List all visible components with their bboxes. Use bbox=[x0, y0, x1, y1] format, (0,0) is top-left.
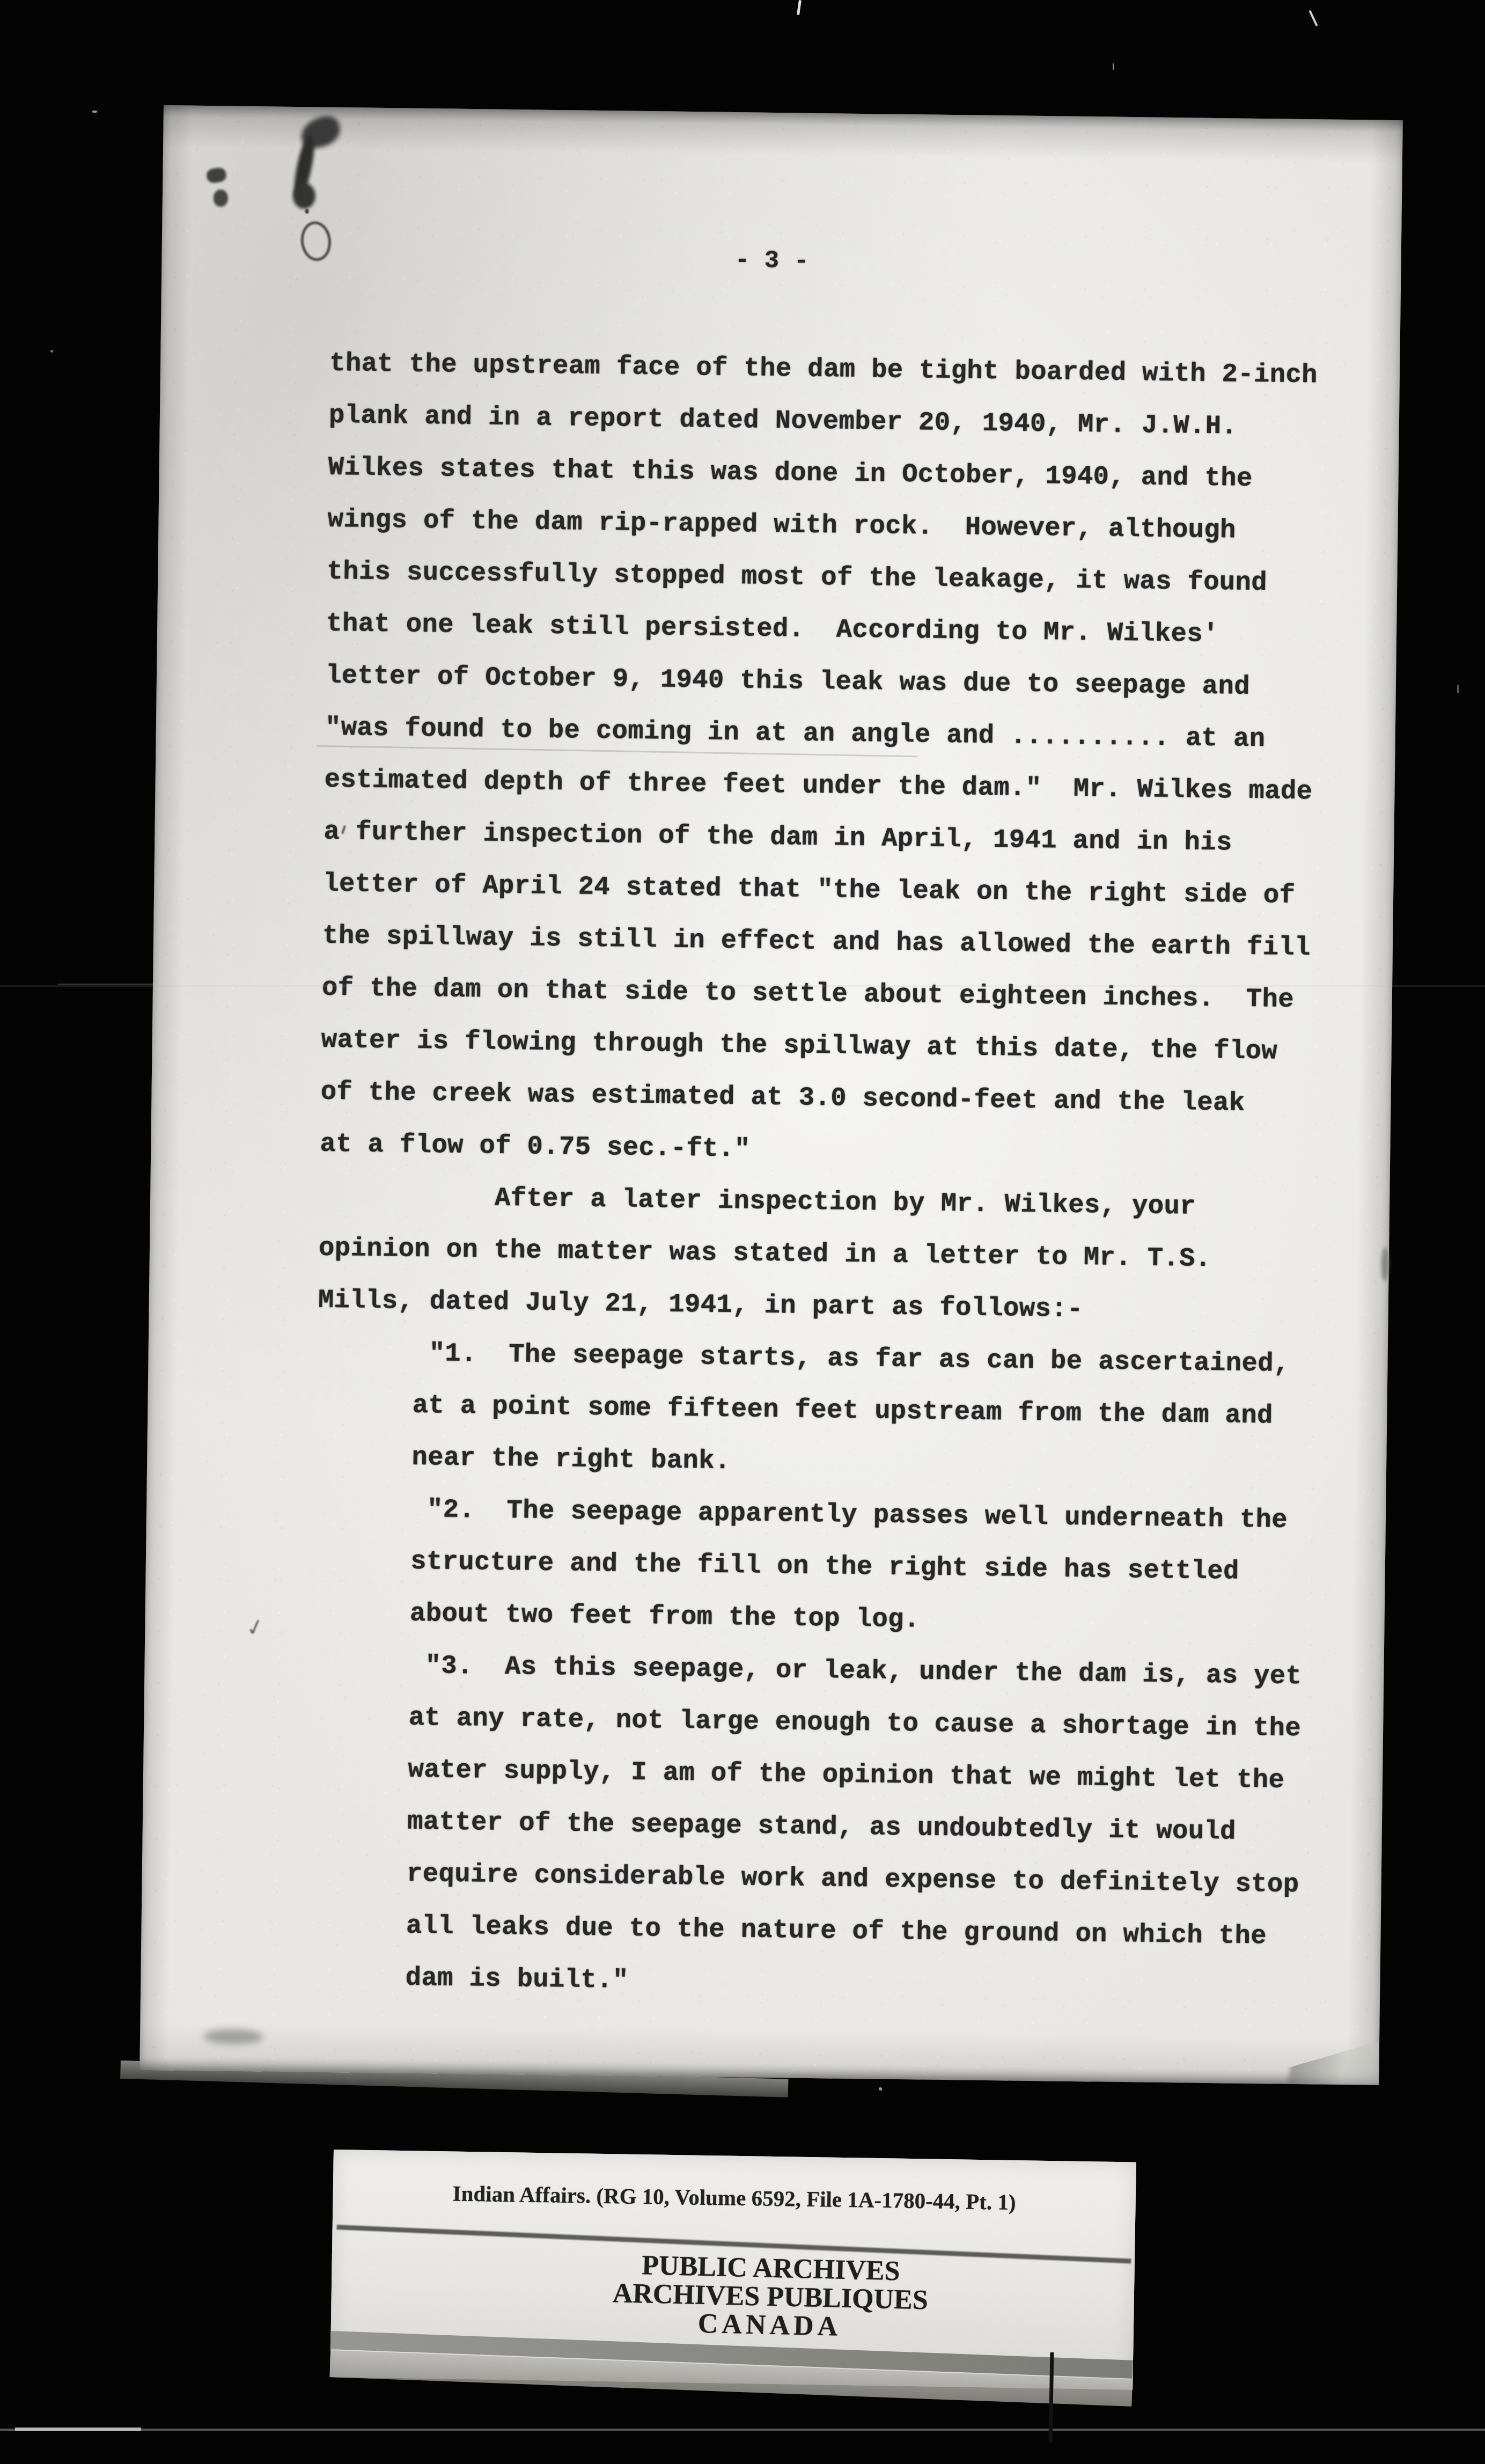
film-edge-highlight bbox=[15, 2428, 141, 2431]
ink-smudge bbox=[203, 2029, 263, 2044]
page-number: - 3 - bbox=[702, 246, 842, 275]
handwritten-circle-annotation bbox=[299, 220, 333, 263]
ink-blot bbox=[293, 183, 316, 209]
film-speck bbox=[1113, 63, 1114, 70]
film-speck bbox=[1457, 685, 1459, 693]
checkmark-annotation: ✓ bbox=[243, 1612, 268, 1642]
film-speck bbox=[1308, 10, 1318, 27]
ink-blot bbox=[214, 189, 228, 207]
film-speck bbox=[797, 0, 802, 15]
archive-reference-text: Indian Affairs. (RG 10, Volume 6592, Fil… bbox=[333, 2179, 1136, 2217]
film-speck bbox=[50, 350, 53, 353]
film-scratch-segment bbox=[58, 984, 155, 985]
ink-blot bbox=[206, 167, 227, 184]
typewritten-text: that the upstream face of the dam be tig… bbox=[310, 338, 1365, 2015]
archive-label-plate: Indian Affairs. (RG 10, Volume 6592, Fil… bbox=[330, 2150, 1136, 2389]
film-edge-line bbox=[0, 2429, 1485, 2431]
film-speck bbox=[92, 111, 97, 113]
page-corner-fold bbox=[1234, 2040, 1379, 2085]
handwritten-dot-annotation bbox=[305, 209, 309, 214]
archives-stamp: PUBLIC ARCHIVESARCHIVES PUBLIQUESCANADA bbox=[406, 2246, 1135, 2348]
film-scan-background: { "film": { "background_color": "#040404… bbox=[0, 0, 1485, 2464]
document-page: - 3 - that the upstream face of the dam … bbox=[139, 105, 1403, 2085]
page-edge-blemish bbox=[1381, 1247, 1389, 1281]
film-crease-line bbox=[0, 985, 1485, 987]
film-speck bbox=[879, 2087, 882, 2091]
